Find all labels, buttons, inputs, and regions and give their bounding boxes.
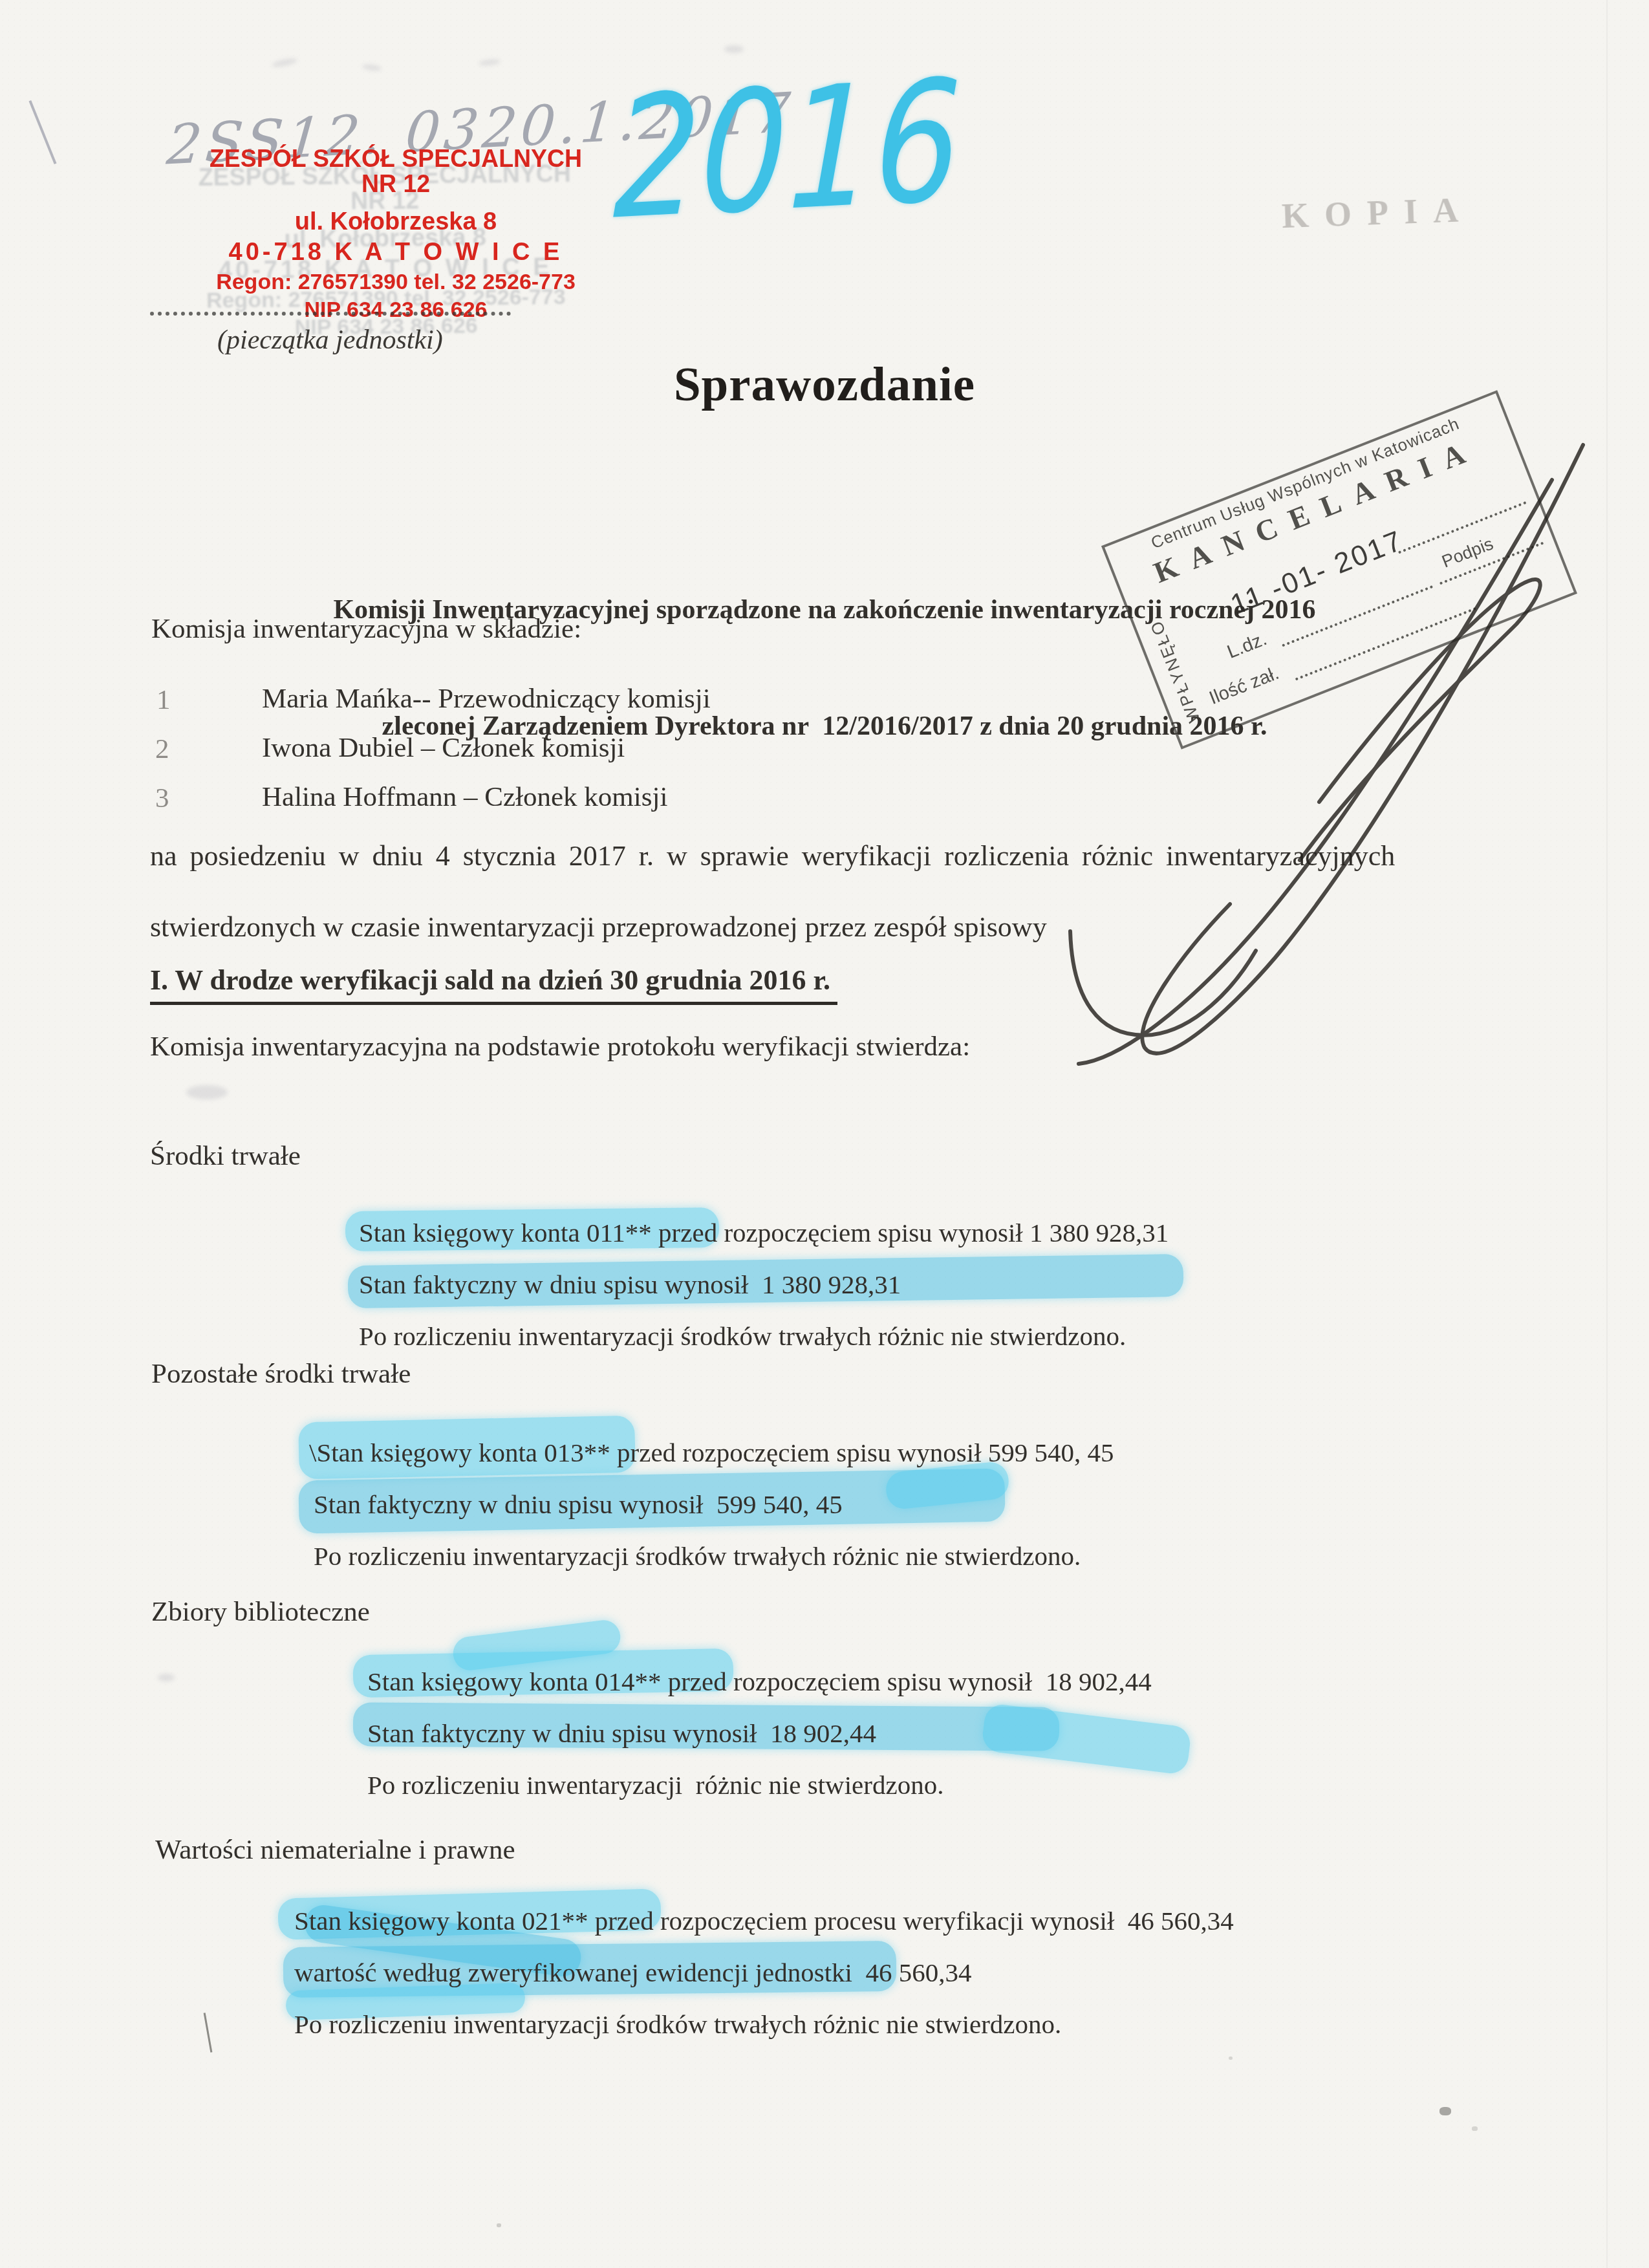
pencil-smudge: [724, 45, 744, 53]
block-line: Po rozliczeniu inwentaryzacji różnic nie…: [367, 1769, 943, 1800]
committee-member-number: 3: [155, 783, 169, 814]
pencil-smudge: [158, 1674, 175, 1681]
pencil-smudge: [479, 58, 501, 67]
block-heading: Zbiory biblioteczne: [151, 1596, 370, 1628]
stamp-caption: (pieczątka jednostki): [217, 325, 443, 356]
block-heading: Wartości niematerialne i prawne: [155, 1834, 515, 1866]
block-line: Stan księgowy konta 011** przed rozpoczę…: [359, 1217, 1169, 1248]
block-heading: Pozostałe środki trwałe: [151, 1358, 411, 1390]
registry-attachments-label: Ilość zał.: [1207, 663, 1282, 709]
pencil-smudge: [362, 63, 382, 72]
committee-member-name: Maria Mańka-- Przewodniczący komisji: [262, 683, 711, 715]
unit-stamp-street: ul. Kołobrzeska 8: [189, 210, 603, 234]
handwritten-year-marker: 2016: [612, 44, 963, 257]
section-1-intro: Komisja inwentaryzacyjna na podstawie pr…: [150, 1031, 970, 1063]
unit-stamp-nip: NIP 634 23 86 626: [189, 299, 603, 321]
committee-member-name: Halina Hoffmann – Członek komisji: [262, 781, 667, 813]
block-line: Stan faktyczny w dniu spisu wynosił 599 …: [314, 1489, 843, 1520]
scan-speck: [497, 2223, 501, 2227]
unit-address-stamp: ZESPÓŁ SZKÓŁ SPECJALNYCH NR 12 ul. Kołob…: [189, 146, 603, 321]
block-line: Stan księgowy konta 014** przed rozpoczę…: [367, 1666, 1152, 1697]
block-line: Stan faktyczny w dniu spisu wynosił 1 38…: [359, 1269, 901, 1300]
meeting-paragraph-line-2: stwierdzonych w czasie inwentaryzacji pr…: [150, 911, 1047, 944]
pen-mark: [204, 2013, 213, 2053]
stamp-dotted-rule: [150, 312, 511, 316]
subtitle-line-2: zleconej Zarządzeniem Dyrektora nr 12/20…: [0, 707, 1649, 746]
scan-speck: [1439, 2107, 1451, 2115]
committee-intro: Komisja inwentaryzacyjna w składzie:: [151, 613, 581, 645]
scanned-report-page: 2SS12. 0320.1.2017 ZESPÓŁ SZKÓŁ SPECJALN…: [0, 0, 1649, 2268]
pencil-smudge: [271, 57, 297, 69]
pencil-mark: [28, 100, 56, 164]
block-line: wartość według zweryfikowanej ewidencji …: [294, 1957, 972, 1988]
unit-stamp-city: 40-718 K A T O W I C E: [189, 240, 603, 265]
scan-speck: [1472, 2126, 1478, 2131]
block-line: Stan księgowy konta 021** przed rozpoczę…: [294, 1905, 1234, 1936]
page-title: Sprawozdanie: [0, 357, 1649, 413]
registry-ldz-label: L.dz.: [1224, 629, 1270, 664]
block-heading: Środki trwałe: [150, 1140, 301, 1172]
registry-org-name: Centrum Usług Wspólnych w Katowicach: [1106, 397, 1504, 570]
committee-member-number: 1: [156, 684, 171, 716]
block-line: Po rozliczeniu inwentaryzacji środków tr…: [359, 1321, 1126, 1352]
unit-stamp-name: ZESPÓŁ SZKÓŁ SPECJALNYCH NR 12: [197, 146, 594, 197]
scanner-edge-line: [1606, 0, 1608, 2268]
registry-podpis-label: Podpis: [1439, 534, 1496, 572]
highlight-stroke: [981, 1703, 1192, 1775]
pencil-smudge: [186, 1085, 228, 1099]
committee-member-name: Iwona Dubiel – Członek komisji: [262, 732, 625, 764]
meeting-paragraph-line-1: na posiedzeniu w dniu 4 stycznia 2017 r.…: [150, 839, 1516, 872]
block-line: Stan faktyczny w dniu spisu wynosił 18 9…: [367, 1718, 876, 1749]
section-1-heading: I. W drodze weryfikacji sald na dzień 30…: [150, 964, 837, 1005]
block-line: Po rozliczeniu inwentaryzacji środków tr…: [314, 1540, 1081, 1571]
block-line: Po rozliczeniu inwentaryzacji środków tr…: [294, 2009, 1061, 2040]
unit-stamp-regon-tel: Regon: 276571390 tel. 32 2526-773: [189, 271, 603, 293]
scan-speck: [1229, 2057, 1233, 2060]
block-line: \Stan księgowy konta 013** przed rozpocz…: [309, 1437, 1114, 1468]
committee-member-number: 2: [155, 733, 169, 765]
kopia-watermark: KOPIA: [1281, 189, 1474, 236]
